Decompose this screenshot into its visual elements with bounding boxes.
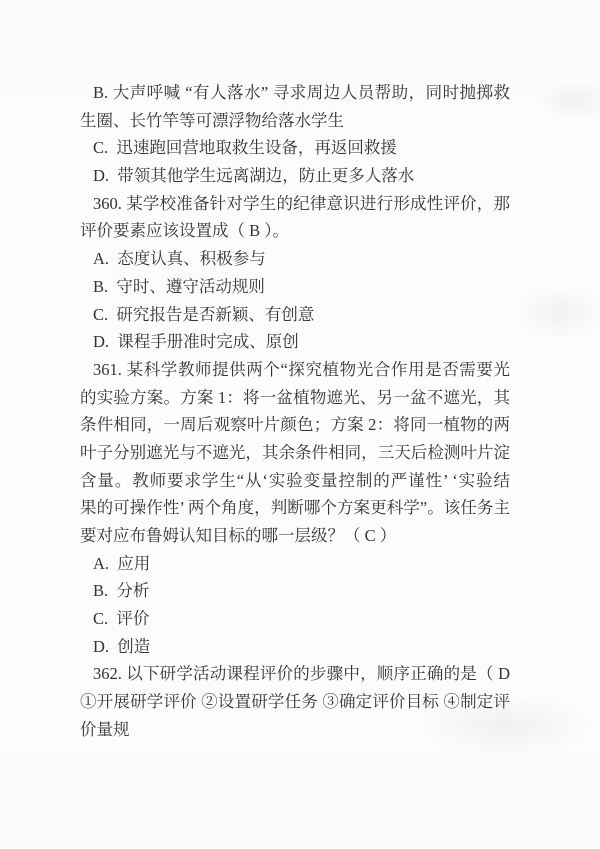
question-362-block: 362. 以下研学活动课程评价的步骤中，顺序正确的是（ D ）。 ①开展研学评价… (80, 660, 510, 743)
q361-stem-line-1: 361. 某科学教师提供两个“探究植物光合作用是否需要光照” (80, 356, 510, 384)
q361-stem-line-4: 叶子分别遮光与不遮光，其余条件相同，三天后检测叶片淀粉 (80, 439, 510, 467)
q360-stem-line-2: 评价要素应该设置成（ B ）。 (80, 217, 510, 245)
q359-option-d: D. 带领其他学生远离湖边，防止更多人落水 (80, 162, 510, 190)
q360-option-d: D. 课程手册准时完成、原创 (80, 328, 510, 356)
q360-option-c: C. 研究报告是否新颖、有创意 (80, 301, 510, 329)
q361-stem-line-7: 要对应布鲁姆认知目标的哪一层级？（ C ） (80, 522, 510, 550)
q361-option-c: C. 评价 (80, 605, 510, 633)
q361-option-a: A. 应用 (80, 550, 510, 578)
scan-smudge (515, 285, 600, 340)
q362-steps-line-1: ①开展研学评价 ②设置研学任务 ③确定评价目标 ④制定评 (80, 688, 510, 716)
text-block: B. 大声呼喊 “有人落水” 寻求周边人员帮助，同时抛掷救 生圈、长竹竿等可漂浮… (80, 79, 510, 744)
q361-stem-line-3: 条件相同，一周后观察叶片颜色；方案 2：将同一植物的两片 (80, 411, 510, 439)
scan-smudge (540, 80, 600, 120)
q360-option-a: A. 态度认真、积极参与 (80, 245, 510, 273)
q359-option-b-line-2: 生圈、长竹竿等可漂浮物给落水学生 (80, 107, 510, 135)
q360-option-b: B. 守时、遵守活动规则 (80, 273, 510, 301)
q361-option-b: B. 分析 (80, 577, 510, 605)
q362-steps-line-2: 价量规 (80, 716, 510, 744)
document-page: B. 大声呼喊 “有人落水” 寻求周边人员帮助，同时抛掷救 生圈、长竹竿等可漂浮… (0, 0, 600, 849)
q361-stem-line-5: 含量。教师要求学生“从‘实验变量控制的严谨性’ ‘实验结 (80, 467, 510, 495)
q360-stem-line-1: 360. 某学校准备针对学生的纪律意识进行形成性评价，那么 (80, 190, 510, 218)
q361-stem-line-6: 果的可操作性’ 两个角度，判断哪个方案更科学”。该任务主 (80, 494, 510, 522)
q359-option-c: C. 迅速跑回营地取救生设备，再返回救援 (80, 134, 510, 162)
question-360-block: 360. 某学校准备针对学生的纪律意识进行形成性评价，那么 评价要素应该设置成（… (80, 190, 510, 356)
question-361-block: 361. 某科学教师提供两个“探究植物光合作用是否需要光照” 的实验方案。方案 … (80, 356, 510, 661)
question-359-options-block: B. 大声呼喊 “有人落水” 寻求周边人员帮助，同时抛掷救 生圈、长竹竿等可漂浮… (80, 79, 510, 190)
q359-option-b-line-1: B. 大声呼喊 “有人落水” 寻求周边人员帮助，同时抛掷救 (80, 79, 510, 107)
q362-stem: 362. 以下研学活动课程评价的步骤中，顺序正确的是（ D ）。 (80, 660, 510, 688)
q361-option-d: D. 创造 (80, 633, 510, 661)
q361-stem-line-2: 的实验方案。方案 1：将一盆植物遮光、另一盆不遮光，其余 (80, 384, 510, 412)
